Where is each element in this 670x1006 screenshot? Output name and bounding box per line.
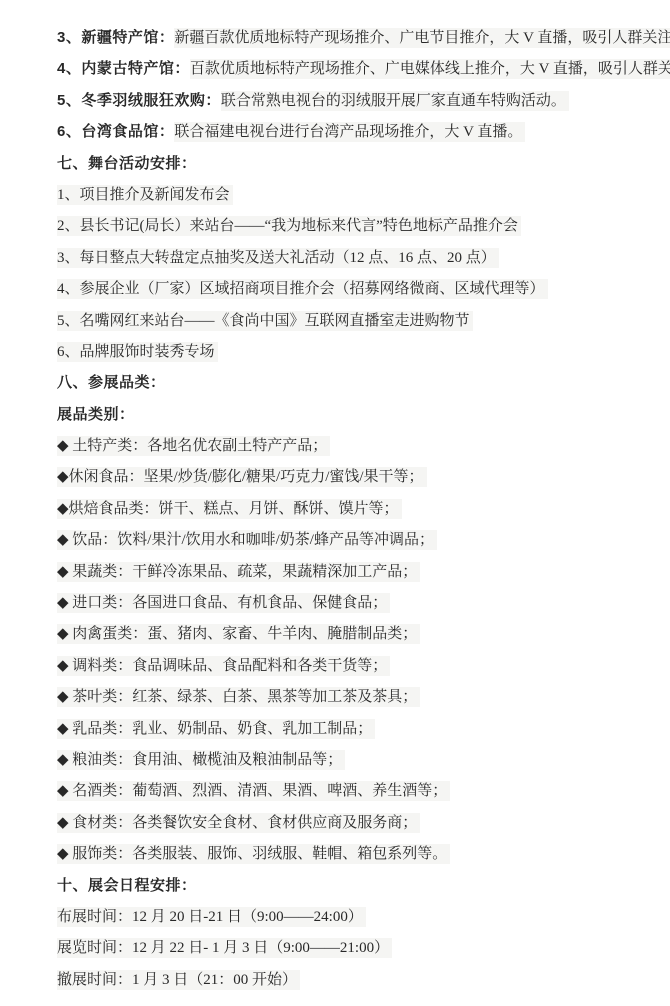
doc-line-category-local-specialty: ◆ 土特产类：各地名优农副土特产产品； [57,430,664,461]
line-text: 撤展时间：1 月 3 日（21：00 开始） [57,970,300,990]
line-text: 展览时间：12 月 22 日- 1 月 3 日（9:00——21:00） [57,938,392,958]
line-text: 2、县长书记(局长）来站台——“我为地标来代言”特色地标产品推介会 [57,216,521,236]
doc-line-teardown-time: 撤展时间：1 月 3 日（21：00 开始） [57,964,664,995]
doc-line-neimenggu-hall: 4、内蒙古特产馆：百款优质地标特产现场推介、广电媒体线上推介，大 V 直播，吸引… [57,53,664,84]
heading-exhibit-types: 展品类别： [57,399,664,430]
line-text: 新疆百款优质地标特产现场推介、广电节目推介，大 V 直播，吸引人群关注。 [174,28,670,48]
doc-line-down-jacket: 5、冬季羽绒服狂欢购：联合常熟电视台的羽绒服开展厂家直通车特购活动。 [57,85,664,116]
line-text: ◆ 进口类：各国进口食品、有机食品、保健食品； [57,593,390,613]
line-text: 联合福建电视台进行台湾产品现场推介，大 V 直播。 [174,122,525,142]
line-bold-text: 4、内蒙古特产馆： [57,60,190,77]
doc-line-category-baked: ◆烘焙食品类：饼干、糕点、月饼、酥饼、馍片等； [57,493,664,524]
doc-line-xinjiang-hall: 3、新疆特产馆：新疆百款优质地标特产现场推介、广电节目推介，大 V 直播，吸引人… [57,22,664,53]
doc-line-category-grain-oil: ◆ 粮油类：食用油、橄榄油及粮油制品等； [57,744,664,775]
doc-line-stage-item-1: 1、项目推介及新闻发布会 [57,179,664,210]
line-bold-text: 展品类别： [57,406,135,423]
line-text: ◆ 茶叶类：红茶、绿茶、白茶、黑茶等加工茶及茶具； [57,687,420,707]
heading-exhibit-categories: 八、参展品类： [57,367,664,398]
line-text: ◆ 肉禽蛋类：蛋、猪肉、家畜、牛羊肉、腌腊制品类； [57,624,420,644]
line-bold-text: 十、展会日程安排： [57,877,197,894]
line-text: 6、品牌服饰时装秀专场 [57,342,218,362]
heading-stage-activities: 七、舞台活动安排： [57,148,664,179]
line-text: ◆ 饮品：饮料/果汁/饮用水和咖啡/奶茶/蜂产品等冲调品； [57,530,437,550]
line-text: 3、每日整点大转盘定点抽奖及送大礼活动（12 点、16 点、20 点） [57,248,499,268]
doc-line-category-apparel: ◆ 服饰类：各类服装、服饰、羽绒服、鞋帽、箱包系列等。 [57,838,664,869]
doc-line-exhibition-time: 展览时间：12 月 22 日- 1 月 3 日（9:00——21:00） [57,932,664,963]
line-text: ◆ 调料类：食品调味品、食品配料和各类干货等； [57,656,390,676]
line-text: 布展时间：12 月 20 日-21 日（9:00——24:00） [57,907,366,927]
line-text: 联合常熟电视台的羽绒服开展厂家直通车特购活动。 [221,91,569,111]
line-text: ◆ 粮油类：食用油、橄榄油及粮油制品等； [57,750,345,770]
line-bold-text: 八、参展品类： [57,374,166,391]
line-text: ◆ 乳品类：乳业、奶制品、奶食、乳加工制品； [57,719,375,739]
doc-line-stage-item-5: 5、名嘴网红来站台——《食尚中国》互联网直播室走进购物节 [57,305,664,336]
doc-line-category-tea: ◆ 茶叶类：红茶、绿茶、白茶、黑茶等加工茶及茶具； [57,681,664,712]
doc-line-stage-item-2: 2、县长书记(局长）来站台——“我为地标来代言”特色地标产品推介会 [57,210,664,241]
line-text: ◆ 服饰类：各类服装、服饰、羽绒服、鞋帽、箱包系列等。 [57,844,450,864]
doc-line-category-ingredients: ◆ 食材类：各类餐饮安全食材、食材供应商及服务商； [57,807,664,838]
doc-line-taiwan-hall: 6、台湾食品馆：联合福建电视台进行台湾产品现场推介，大 V 直播。 [57,116,664,147]
doc-line-category-wine: ◆ 名酒类：葡萄酒、烈酒、清酒、果酒、啤酒、养生酒等； [57,775,664,806]
line-text: 5、名嘴网红来站台——《食尚中国》互联网直播室走进购物节 [57,311,473,331]
line-text: ◆休闲食品：坚果/炒货/膨化/糖果/巧克力/蜜饯/果干等； [57,467,427,487]
doc-line-category-meat-poultry-egg: ◆ 肉禽蛋类：蛋、猪肉、家畜、牛羊肉、腌腊制品类； [57,618,664,649]
line-text: ◆ 食材类：各类餐饮安全食材、食材供应商及服务商； [57,813,420,833]
line-text: ◆ 土特产类：各地名优农副土特产产品； [57,436,330,456]
line-bold-text: 5、冬季羽绒服狂欢购： [57,92,221,109]
line-text: 4、参展企业（厂家）区域招商项目推介会（招募网络微商、区域代理等） [57,279,548,299]
doc-line-stage-item-3: 3、每日整点大转盘定点抽奖及送大礼活动（12 点、16 点、20 点） [57,242,664,273]
doc-line-setup-time: 布展时间：12 月 20 日-21 日（9:00——24:00） [57,901,664,932]
doc-line-category-dairy: ◆ 乳品类：乳业、奶制品、奶食、乳加工制品； [57,713,664,744]
doc-line-category-drinks: ◆ 饮品：饮料/果汁/饮用水和咖啡/奶茶/蜂产品等冲调品； [57,524,664,555]
line-text: 百款优质地标特产现场推介、广电媒体线上推介，大 V 直播，吸引人群关注。 [190,59,670,79]
line-bold-text: 3、新疆特产馆： [57,29,174,46]
document-page: 3、新疆特产馆：新疆百款优质地标特产现场推介、广电节目推介，大 V 直播，吸引人… [0,0,670,1006]
doc-line-stage-item-4: 4、参展企业（厂家）区域招商项目推介会（招募网络微商、区域代理等） [57,273,664,304]
doc-line-category-seasoning: ◆ 调料类：食品调味品、食品配料和各类干货等； [57,650,664,681]
line-bold-text: 七、舞台活动安排： [57,155,197,172]
line-bold-text: 6、台湾食品馆： [57,123,174,140]
line-text: ◆烘焙食品类：饼干、糕点、月饼、酥饼、馍片等； [57,499,402,519]
heading-schedule: 十、展会日程安排： [57,870,664,901]
line-text: 1、项目推介及新闻发布会 [57,185,233,205]
line-text: ◆ 名酒类：葡萄酒、烈酒、清酒、果酒、啤酒、养生酒等； [57,781,450,801]
doc-line-category-snacks: ◆休闲食品：坚果/炒货/膨化/糖果/巧克力/蜜饯/果干等； [57,461,664,492]
doc-line-category-imported: ◆ 进口类：各国进口食品、有机食品、保健食品； [57,587,664,618]
doc-line-category-fruits-vegetables: ◆ 果蔬类：干鲜冷冻果品、疏菜，果蔬精深加工产品； [57,556,664,587]
line-text: ◆ 果蔬类：干鲜冷冻果品、疏菜，果蔬精深加工产品； [57,562,420,582]
doc-line-stage-item-6: 6、品牌服饰时装秀专场 [57,336,664,367]
